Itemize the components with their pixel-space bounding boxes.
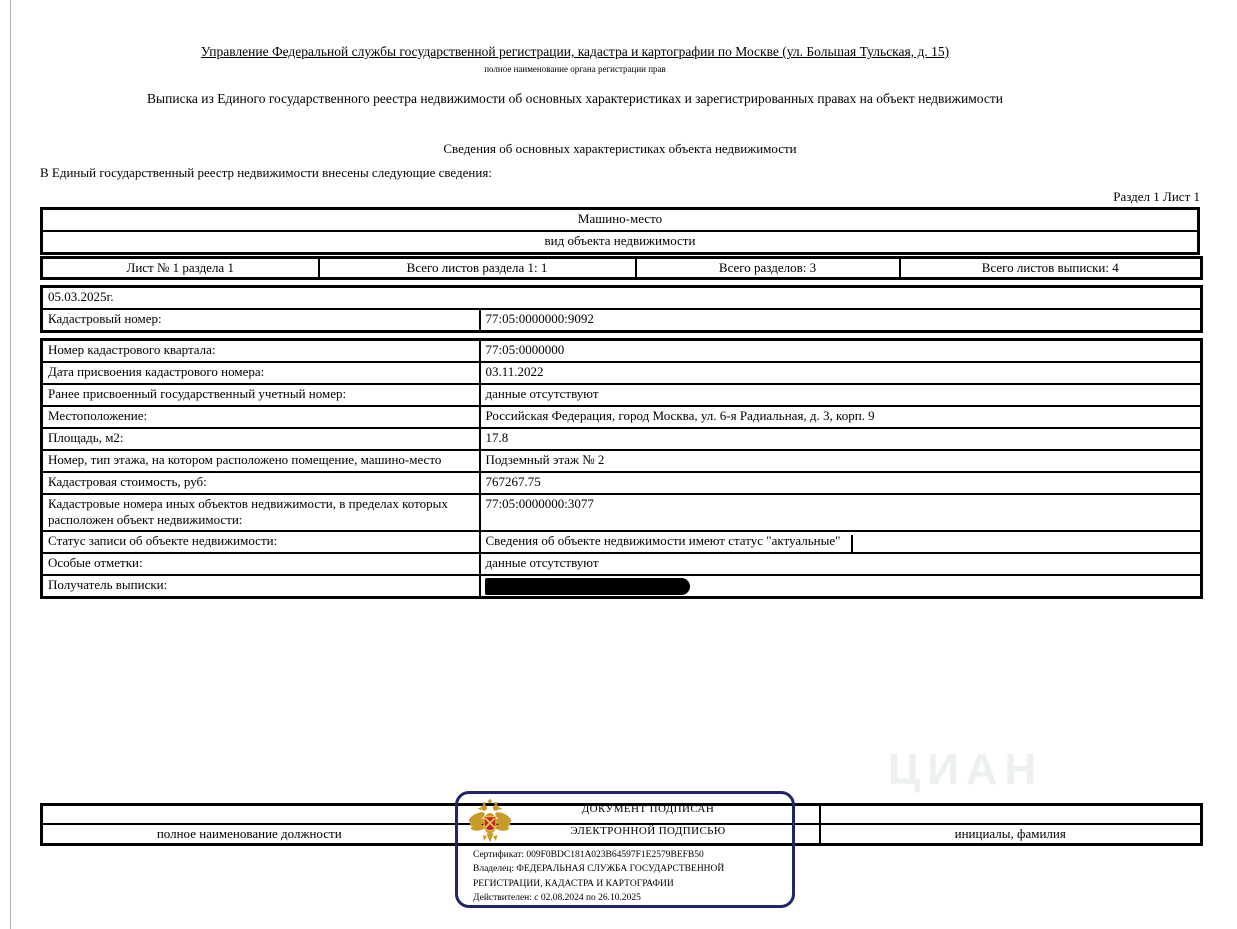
table-row: Ранее присвоенный государственный учетны… [42,384,1202,406]
row-value-redacted [480,575,1202,598]
row-value: Сведения об объекте недвижимости имеют с… [480,531,1202,553]
signature-empty-left [42,805,457,825]
position-caption: полное наименование должности [42,824,457,845]
watermark: ЦИАН [888,745,1148,807]
row-label: Получатель выписки: [42,575,480,598]
redaction-box [485,578,690,595]
egrn-extract-page: ЦИАН Управление Федеральной службы госуд… [0,0,1237,929]
stamp-details: Сертификат: 009F0BDC181A023B64597F1E2579… [473,848,775,905]
row-value: данные отсутствуют [480,384,1202,406]
row-label: Местоположение: [42,406,480,428]
row-value: Российская Федерация, город Москва, ул. … [480,406,1202,428]
object-type-table: Машино-место вид объекта недвижимости [40,207,1200,255]
stamp-title-line2: ЭЛЕКТРОННОЙ ПОДПИСЬЮ [510,825,786,837]
table-row: Номер кадастрового квартала: 77:05:00000… [42,340,1202,363]
row-label: Статус записи об объекте недвижимости: [42,531,480,553]
row-label: Номер, тип этажа, на котором расположено… [42,450,480,472]
table-row: Статус записи об объекте недвижимости: С… [42,531,1202,553]
sheet-info-table: Лист № 1 раздела 1 Всего листов раздела … [40,256,1203,280]
section-sheet-ref: Раздел 1 Лист 1 [40,189,1200,205]
section-title: Сведения об основных характеристиках объ… [40,141,1200,157]
row-value: 17.8 [480,428,1202,450]
table-row: Кадастровая стоимость, руб: 767267.75 [42,472,1202,494]
sheets-in-section-cell: Всего листов раздела 1: 1 [319,258,636,279]
rosreestr-eagle-icon [468,798,512,850]
row-label: Дата присвоения кадастрового номера: [42,362,480,384]
row-label: Кадастровая стоимость, руб: [42,472,480,494]
characteristics-table: Номер кадастрового квартала: 77:05:00000… [40,338,1203,599]
table-row: Особые отметки: данные отсутствуют [42,553,1202,575]
object-type-value: Машино-место [42,209,1199,232]
table-row: Номер, тип этажа, на котором расположено… [42,450,1202,472]
page-left-border [10,0,11,929]
authority-caption: полное наименование органа регистрации п… [40,64,1110,74]
stamp-validity: Действителен: с 02.08.2024 по 26.10.2025 [473,891,775,905]
table-row: Кадастровые номера иных объектов недвижи… [42,494,1202,531]
total-sheets-cell: Всего листов выписки: 4 [900,258,1202,279]
row-value: 03.11.2022 [480,362,1202,384]
total-sections-cell: Всего разделов: 3 [636,258,900,279]
document-title: Выписка из Единого государственного реес… [40,91,1110,107]
table-row: Площадь, м2: 17.8 [42,428,1202,450]
row-label: Ранее присвоенный государственный учетны… [42,384,480,406]
stamp-owner: Владелец: ФЕДЕРАЛЬНАЯ СЛУЖБА ГОСУДАРСТВЕ… [473,862,775,891]
row-label: Кадастровый номер: [42,309,480,332]
extract-date: 05.03.2025г. [42,287,1202,310]
table-row: Местоположение: Российская Федерация, го… [42,406,1202,428]
table-row: Получатель выписки: [42,575,1202,598]
object-type-caption: вид объекта недвижимости [42,231,1199,254]
row-value: Подземный этаж № 2 [480,450,1202,472]
stamp-title-line1: ДОКУМЕНТ ПОДПИСАН [510,803,786,815]
table-row: Дата присвоения кадастрового номера: 03.… [42,362,1202,384]
row-value: 767267.75 [480,472,1202,494]
row-label: Номер кадастрового квартала: [42,340,480,363]
row-value: 77:05:0000000:3077 [480,494,1202,531]
cursor-artifact [851,535,853,552]
row-label: Кадастровые номера иных объектов недвижи… [42,494,480,531]
row-label: Особые отметки: [42,553,480,575]
row-value: 77:05:0000000 [480,340,1202,363]
intro-text: В Единый государственный реестр недвижим… [40,165,492,181]
signature-empty-right [820,805,1202,825]
row-label: Площадь, м2: [42,428,480,450]
esignature-stamp: ДОКУМЕНТ ПОДПИСАН ЭЛЕКТРОННОЙ ПОДПИСЬЮ С… [455,791,795,908]
cadastral-number-table: 05.03.2025г. Кадастровый номер: 77:05:00… [40,285,1203,333]
row-value: данные отсутствуют [480,553,1202,575]
row-value: 77:05:0000000:9092 [480,309,1202,332]
initials-caption: инициалы, фамилия [820,824,1202,845]
authority-name: Управление Федеральной службы государств… [40,44,1110,60]
stamp-certificate: Сертификат: 009F0BDC181A023B64597F1E2579… [473,848,775,862]
sheet-number-cell: Лист № 1 раздела 1 [42,258,319,279]
